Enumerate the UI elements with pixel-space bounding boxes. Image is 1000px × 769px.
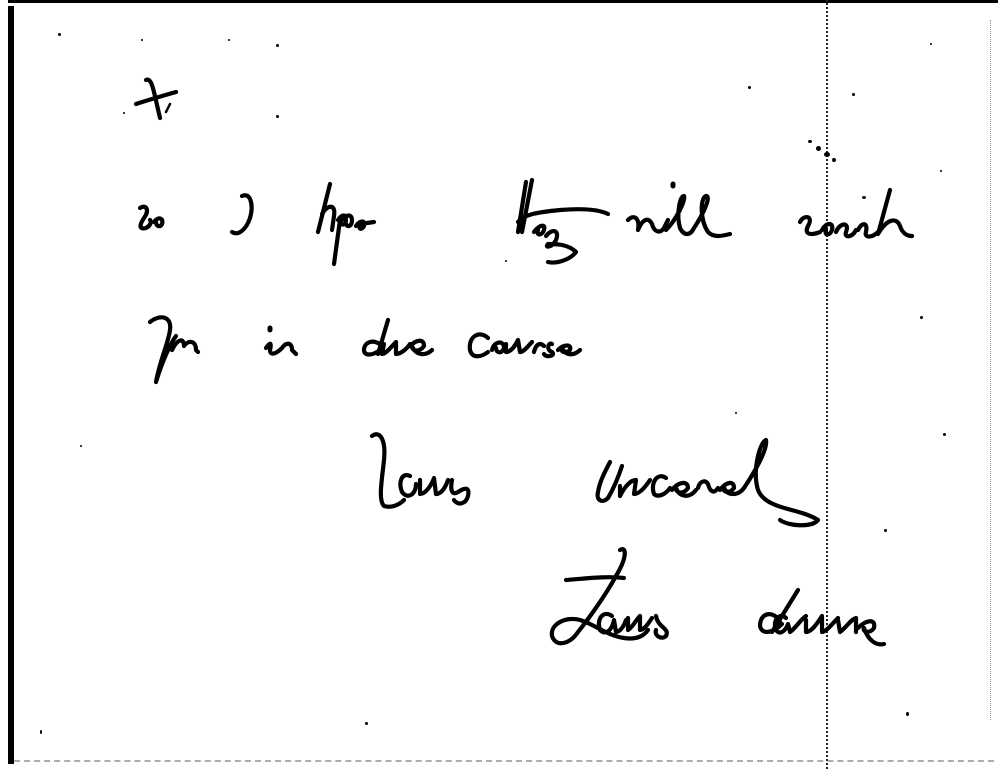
scan-speck: [276, 115, 279, 118]
scan-speck: [906, 712, 909, 716]
scan-speck: [505, 260, 507, 262]
scan-speck: [940, 170, 942, 172]
scan-speck: [884, 529, 887, 532]
scan-speck: [228, 39, 230, 41]
signature: [552, 549, 884, 644]
scan-speck: [920, 316, 923, 319]
scan-speck: [943, 433, 946, 436]
scan-speck: [748, 86, 751, 89]
handwriting: [0, 0, 1000, 769]
scan-speck: [40, 730, 42, 734]
scan-speck: [862, 196, 866, 199]
scan-speck: [276, 44, 279, 47]
cross-mark-icon: [136, 80, 176, 118]
line-2: [150, 317, 580, 382]
scan-speck: [930, 43, 932, 45]
scan-speck: [808, 140, 812, 143]
scan-speck: [816, 146, 821, 151]
scan-speck: [824, 152, 830, 157]
scan-speck: [852, 93, 855, 96]
letter-page: So I hope these will reach you in due co…: [0, 0, 1000, 769]
scan-speck: [123, 112, 125, 114]
scan-speck: [832, 158, 836, 162]
scan-speck: [80, 445, 82, 447]
line-3: [372, 434, 818, 525]
scan-speck: [365, 722, 368, 725]
scan-speck: [58, 33, 61, 36]
line-1: [140, 180, 912, 264]
scan-speck: [141, 39, 143, 41]
scan-speck: [735, 412, 737, 414]
